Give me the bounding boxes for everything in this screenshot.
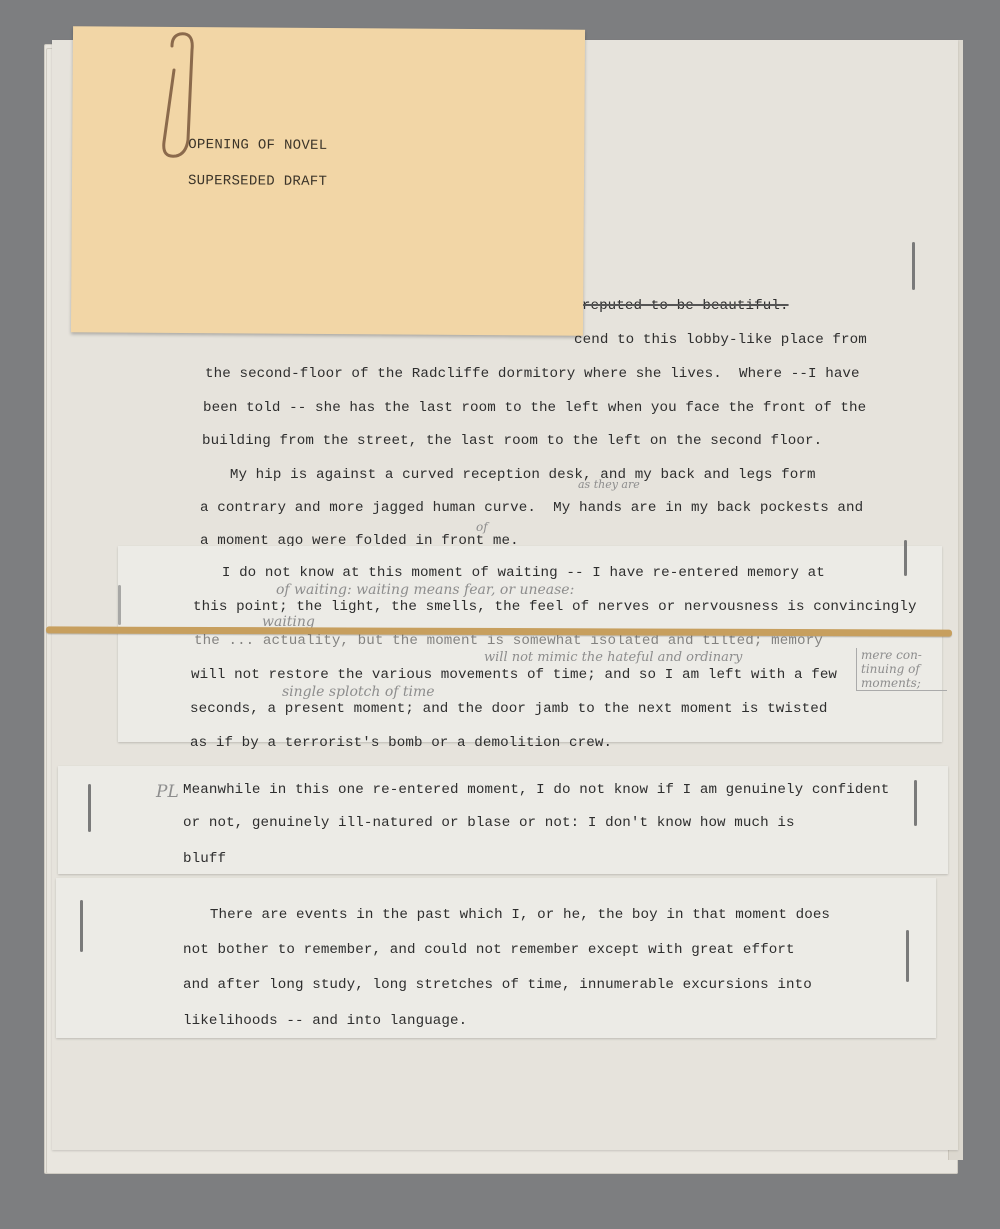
staple <box>80 900 83 952</box>
handwritten-edit: of waiting: waiting means fear, or uneas… <box>276 582 574 598</box>
typed-line: as if by a terrorist's bomb or a demolit… <box>190 735 612 751</box>
typed-line: been told -- she has the last room to th… <box>203 400 866 416</box>
typed-line: Meanwhile in this one re-entered moment,… <box>183 782 889 798</box>
label-line-1: OPENING OF NOVEL <box>188 137 327 154</box>
typed-line: will not restore the various movements o… <box>191 667 837 683</box>
staple <box>906 930 909 982</box>
typed-line: likelihoods -- and into language. <box>183 1013 467 1029</box>
staple <box>914 780 917 826</box>
typed-line: this point; the light, the smells, the f… <box>193 599 917 615</box>
staple <box>912 242 915 290</box>
staple <box>118 585 121 625</box>
handwritten-edit: as they are <box>578 478 640 491</box>
typed-line: the second-floor of the Radcliffe dormit… <box>205 366 860 382</box>
handwritten-edit: of <box>476 520 488 534</box>
typed-line: I do not know at this moment of waiting … <box>196 565 825 581</box>
typed-line: and after long study, long stretches of … <box>183 977 812 993</box>
typed-line: There are events in the past which I, or… <box>184 907 830 923</box>
typed-line: building from the street, the last room … <box>202 433 822 449</box>
paperclip-icon <box>148 30 196 160</box>
typed-line: cend to this lobby-like place from <box>574 332 867 348</box>
typed-line: seconds, a present moment; and the door … <box>190 701 827 717</box>
typed-line: a contrary and more jagged human curve. … <box>200 500 863 516</box>
handwritten-edit: will not mimic the hateful and ordinary <box>484 650 742 665</box>
typed-line: rl reputed to be beautiful. <box>556 298 789 314</box>
staple <box>904 540 907 576</box>
typed-line: not bother to remember, and could not re… <box>183 942 795 958</box>
label-line-2: SUPERSEDED DRAFT <box>188 173 327 190</box>
typed-line: My hip is against a curved reception des… <box>204 467 816 483</box>
handwritten-margin-note: mere con- tinuing of moments; <box>856 648 947 691</box>
typed-line: or not, genuinely ill-natured or blase o… <box>183 815 795 831</box>
typed-line: bluff <box>183 851 226 867</box>
staple <box>88 784 91 832</box>
handwritten-margin-mark: PL <box>156 782 179 802</box>
handwritten-edit: single splotch of time <box>282 684 435 700</box>
